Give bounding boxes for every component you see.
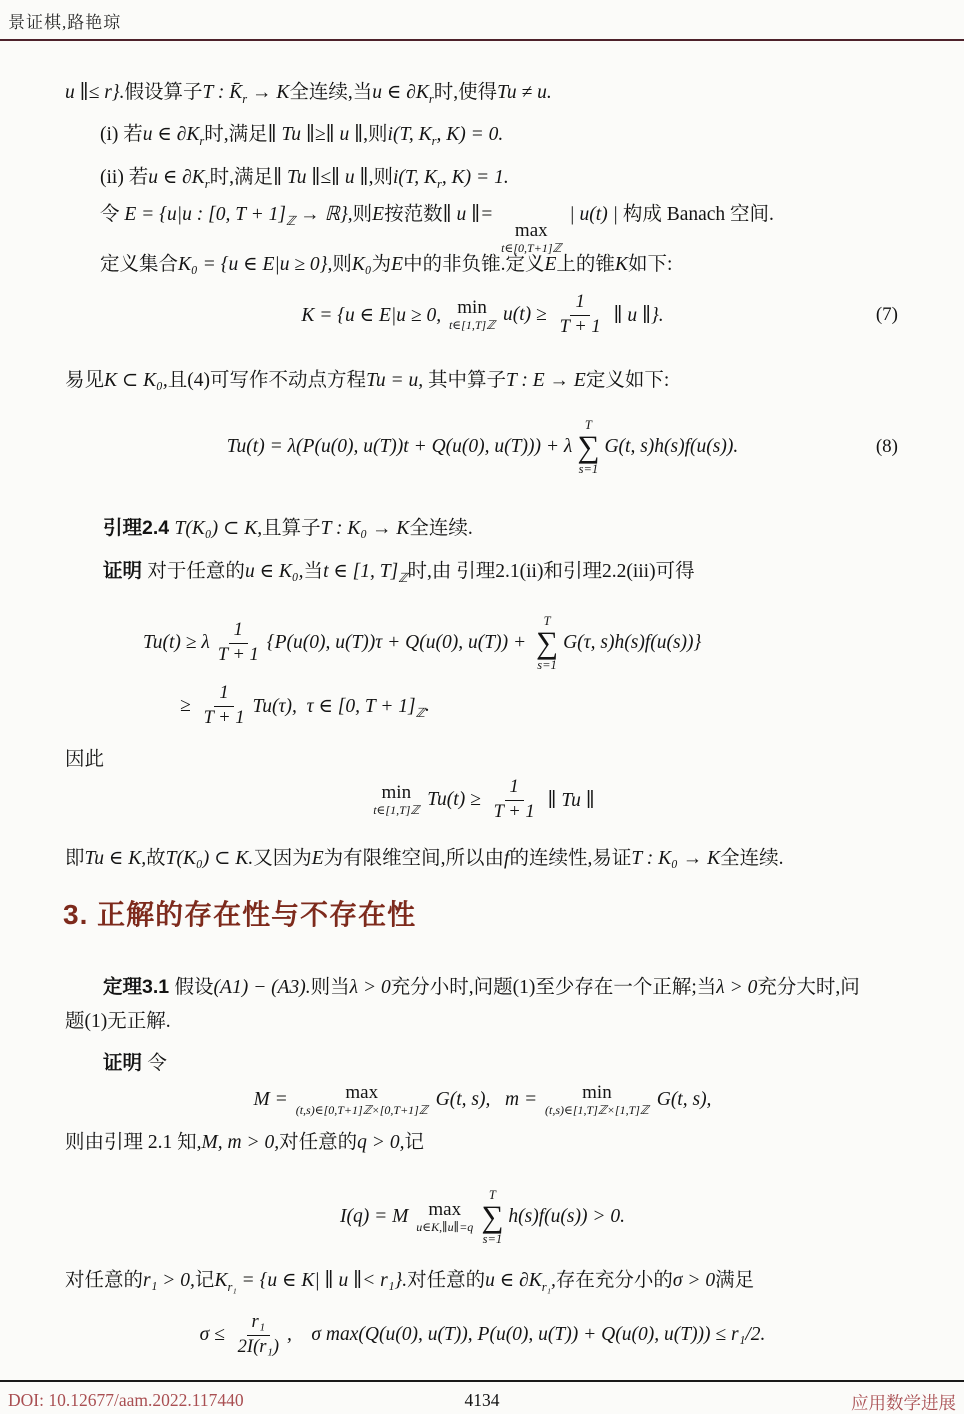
fraction-numerator: 1 bbox=[570, 292, 589, 315]
list-item-i: (i) 若u ∈ ∂Kr时,满足∥ Tu ∥≥∥ u ∥,则i(T, Kr, K… bbox=[100, 120, 503, 150]
text-segment: 则 bbox=[332, 254, 352, 275]
text-segment: E bbox=[372, 204, 384, 225]
fraction: 1T + 1 bbox=[213, 620, 264, 666]
text-segment: M, m > 0, bbox=[202, 1132, 280, 1153]
text-segment: 充分小时,问题(1)至少存在一个正解;当 bbox=[391, 977, 717, 998]
paragraph-line: 即Tu ∈ K,故T(K₀) ⊂ K.又因为E为有限维空间,所以由f的连续性,易… bbox=[65, 844, 784, 874]
text-segment: 对任意的 bbox=[279, 1132, 357, 1153]
text-segment: u ∥≤ r}. bbox=[65, 82, 124, 103]
text-segment: u ∈ ∂K bbox=[148, 167, 205, 188]
text-segment: 若 bbox=[129, 167, 149, 188]
text-segment: 又因为 bbox=[253, 848, 312, 869]
text-segment: σ > 0 bbox=[673, 1270, 715, 1291]
text-segment: ∥ u ∥}. bbox=[609, 303, 664, 327]
operator-name: min bbox=[582, 1083, 612, 1104]
text-segment: 对任意的 bbox=[407, 1270, 485, 1291]
fraction-numerator: 1 bbox=[229, 620, 248, 643]
text-segment: T : K̄ bbox=[203, 82, 243, 103]
text-segment: 的连续性,易证 bbox=[509, 848, 631, 869]
operator-with-limit: maxu∈K,∥u∥=q bbox=[416, 1200, 473, 1234]
text-segment: 构成 Banach 空间. bbox=[623, 204, 774, 225]
text-segment: ∥ u ∥= bbox=[443, 204, 499, 225]
text-segment: 且 bbox=[168, 370, 188, 391]
text-segment: u ∈ K₀, bbox=[245, 561, 304, 582]
fraction: 1T + 1 bbox=[555, 292, 606, 338]
fraction: 1T + 1 bbox=[489, 777, 540, 823]
operator-with-limit: mint∈[1,T]ℤ bbox=[449, 298, 495, 332]
summation-lower-limit: s=1 bbox=[537, 659, 557, 672]
operator-with-limit: max(t,s)∈[0,T+1]ℤ×[0,T+1]ℤ bbox=[296, 1083, 428, 1117]
fraction: 1T + 1 bbox=[199, 683, 250, 729]
text-segment: 时,由 引理2.1(ii)和引理2.2(iii)可得 bbox=[408, 561, 695, 582]
text-segment: (A1) − (A3). bbox=[214, 977, 311, 998]
footer-rule bbox=[0, 1380, 964, 1382]
header-rule bbox=[0, 39, 964, 41]
text-segment: 记 bbox=[404, 1132, 424, 1153]
text-segment: 时,满足 bbox=[204, 124, 267, 145]
text-segment: M = bbox=[254, 1089, 293, 1111]
text-segment: → ℝ}, bbox=[295, 204, 352, 225]
text-segment: = {u ∈ K| ∥ u ∥< r₁}. bbox=[237, 1270, 407, 1291]
paragraph-line: u ∥≤ r}.假设算子T : K̄r → K全连续,当u ∈ ∂Kr时,使得T… bbox=[65, 78, 552, 108]
paragraph-line: 对任意的r₁ > 0,记Kr₁ = {u ∈ K| ∥ u ∥< r₁}.对任意… bbox=[65, 1266, 754, 1296]
text-segment: 满足 bbox=[715, 1270, 754, 1291]
text-segment: 对任意的 bbox=[65, 1270, 143, 1291]
text-segment: 故 bbox=[146, 848, 166, 869]
page-footer: DOI: 10.12677/aam.2022.117440 4134 应用数学进… bbox=[0, 1390, 964, 1414]
text-segment: i(T, K bbox=[393, 167, 437, 188]
summation-lower-limit: s=1 bbox=[579, 463, 599, 476]
text-segment: 全连续. bbox=[720, 848, 783, 869]
operator-name: max bbox=[515, 221, 548, 242]
text-segment: 为 bbox=[372, 254, 392, 275]
summation: T∑s=1 bbox=[577, 419, 599, 475]
paragraph-line: 令 E = {u|u : [0, T + 1]ℤ → ℝ},则E按范数∥ u ∥… bbox=[100, 200, 774, 255]
paragraph-line: 定义集合K₀ = {u ∈ E|u ≥ 0},则K₀为E中的非负锥.定义E上的锥… bbox=[100, 250, 672, 280]
operator-name: max bbox=[345, 1083, 378, 1104]
text-segment: Tu = u, bbox=[366, 370, 423, 391]
text-segment: q > 0, bbox=[357, 1132, 404, 1153]
text-segment: I(q) = M bbox=[340, 1206, 413, 1228]
fraction-denominator: 2I(r₁) bbox=[233, 1336, 284, 1358]
paragraph-line: 易见K ⊂ K₀,且(4)可写作不动点方程Tu = u, 其中算子T : E →… bbox=[65, 366, 669, 396]
display-inequality-line-2: ≥ 1T + 1Tu(τ), τ ∈ [0, T + 1]ℤ. bbox=[180, 676, 430, 736]
text-segment: ∥ Tu ∥ bbox=[543, 788, 595, 812]
operator-name: min bbox=[382, 783, 412, 804]
text-segment: ∥ Tu ∥≥∥ u ∥ bbox=[268, 124, 364, 145]
text-segment: ∥ Tu ∥≤∥ u ∥ bbox=[273, 167, 369, 188]
text-segment: 其中算子 bbox=[423, 370, 506, 391]
text-segment: 上的锥 bbox=[556, 254, 615, 275]
text-segment: T(K₀) ⊂ K, bbox=[175, 518, 263, 539]
text-segment: K ⊂ K₀, bbox=[104, 370, 168, 391]
text-segment: (i) bbox=[100, 124, 123, 145]
operator-limit: (t,s)∈[1,T]ℤ×[1,T]ℤ bbox=[545, 1104, 649, 1117]
display-inequality-line-1: Tu(t) ≥ λ1T + 1{P(u(0), u(T))τ + Q(u(0),… bbox=[143, 600, 701, 686]
text-segment: h(s)f(u(s)) > 0. bbox=[508, 1206, 625, 1228]
theorem-3-1-line-2: 题(1)无正解. bbox=[65, 1007, 171, 1037]
text-segment: (ii) bbox=[100, 167, 129, 188]
text-segment: T(K₀) ⊂ K. bbox=[166, 848, 254, 869]
text-segment: 且算子 bbox=[262, 518, 321, 539]
text-segment: i(T, K bbox=[388, 124, 432, 145]
sigma-icon: ∑ bbox=[577, 432, 599, 461]
text-segment: , K) = 1. bbox=[442, 167, 509, 188]
text-segment: u ∈ ∂K bbox=[143, 124, 200, 145]
text-segment: E bbox=[391, 254, 403, 275]
text-segment: 可写作不动点方程 bbox=[210, 370, 366, 391]
operator-with-limit: mint∈[1,T]ℤ bbox=[373, 783, 419, 817]
text-segment: G(t, s), bbox=[652, 1089, 712, 1111]
text-segment: 则 bbox=[353, 204, 373, 225]
text-segment: 当 bbox=[304, 561, 324, 582]
text-segment: ,则 bbox=[363, 124, 387, 145]
text-segment: Tu(t) ≥ λ bbox=[143, 632, 210, 654]
display-equation-7: (7) K = {u ∈ E|u ≥ 0, mint∈[1,T]ℤ u(t) ≥… bbox=[65, 283, 900, 347]
text-segment: G(τ, s)h(s)f(u(s))} bbox=[563, 632, 701, 654]
fraction: r₁2I(r₁) bbox=[233, 1312, 284, 1358]
text-segment: 存在充分小的 bbox=[556, 1270, 673, 1291]
display-max-min-definition: M = max(t,s)∈[0,T+1]ℤ×[0,T+1]ℤ G(t, s), … bbox=[65, 1070, 900, 1130]
subscript: r₁ bbox=[227, 1280, 236, 1294]
proof-paragraph: 证明 对于任意的u ∈ K₀,当t ∈ [1, T]ℤ时,由 引理2.1(ii)… bbox=[103, 556, 695, 587]
sigma-icon: ∑ bbox=[536, 628, 558, 657]
lemma-2-4: 引理2.4 T(K₀) ⊂ K,且算子T : K₀ → K全连续. bbox=[103, 513, 473, 544]
display-iq-definition: I(q) = M maxu∈K,∥u∥=qT∑s=1h(s)f(u(s)) > … bbox=[65, 1175, 900, 1259]
text-segment: Tu ∈ K, bbox=[85, 848, 147, 869]
text-segment: 题(1)无正解. bbox=[65, 1011, 171, 1032]
text-segment: 则由引理 2.1 知, bbox=[65, 1132, 202, 1153]
text-segment: 证明 bbox=[103, 560, 147, 582]
text-segment: 即 bbox=[65, 848, 85, 869]
text-segment: 对于任意的 bbox=[147, 561, 245, 582]
text-segment: → K bbox=[247, 82, 289, 103]
text-segment: ≥ bbox=[180, 695, 196, 717]
text-segment: Tu(τ), τ ∈ [0, T + 1] bbox=[253, 694, 416, 718]
text-segment: Tu(t) ≥ bbox=[422, 789, 485, 811]
display-min-inequality: mint∈[1,T]ℤ Tu(t) ≥ 1T + 1 ∥ Tu ∥ bbox=[65, 763, 900, 837]
list-item-ii: (ii) 若u ∈ ∂Kr时,满足∥ Tu ∥≤∥ u ∥,则i(T, Kr, … bbox=[100, 163, 509, 193]
text-segment: 假设算子 bbox=[124, 82, 202, 103]
fraction-denominator: T + 1 bbox=[489, 801, 540, 823]
fraction-denominator: T + 1 bbox=[213, 644, 264, 666]
text-segment: 按范数 bbox=[384, 204, 443, 225]
text-segment: T : K₀ → K bbox=[631, 848, 720, 869]
text-segment: T : K₀ → K bbox=[321, 518, 410, 539]
operator-with-limit: min(t,s)∈[1,T]ℤ×[1,T]ℤ bbox=[545, 1083, 649, 1117]
text-segment: 时,满足 bbox=[210, 167, 273, 188]
equation-tag-8: (8) bbox=[876, 436, 898, 458]
text-segment: 时,使得 bbox=[434, 82, 497, 103]
text-segment: 定义如下: bbox=[586, 370, 669, 391]
text-segment: σ ≤ bbox=[200, 1324, 230, 1346]
subscript: r₁ bbox=[542, 1280, 551, 1294]
text-segment: 定理3.1 bbox=[103, 976, 175, 998]
text-segment: 则当 bbox=[311, 977, 350, 998]
text-segment: E bbox=[544, 254, 556, 275]
display-equation-8: (8) Tu(t) = λ(P(u(0), u(T))t + Q(u(0), u… bbox=[65, 402, 900, 492]
subscript: ℤ bbox=[286, 214, 295, 228]
text-segment: T : E → E bbox=[506, 370, 586, 391]
footer-page-number: 4134 bbox=[465, 1390, 500, 1411]
display-sigma-condition: σ ≤ r₁2I(r₁), σ max(Q(u(0), u(T)), P(u(0… bbox=[65, 1305, 900, 1365]
text-segment: 中的非负锥.定义 bbox=[403, 254, 544, 275]
paragraph-line: 则由引理 2.1 知,M, m > 0,对任意的q > 0,记 bbox=[65, 1128, 424, 1158]
text-segment: r₁ > 0, bbox=[143, 1270, 195, 1291]
text-segment: Tu ≠ u. bbox=[497, 82, 552, 103]
footer-journal-name: 应用数学进展 bbox=[851, 1390, 956, 1414]
paper-page: 景证棋,路艳琼 u ∥≤ r}.假设算子T : K̄r → K全连续,当u ∈ … bbox=[0, 0, 964, 1414]
text-segment: 若 bbox=[123, 124, 143, 145]
fraction-numerator: 1 bbox=[214, 683, 233, 706]
subscript: ℤ bbox=[398, 571, 407, 585]
text-segment: Tu(t) = λ(P(u(0), u(T))t + Q(u(0), u(T))… bbox=[227, 436, 573, 458]
text-segment: K bbox=[615, 254, 628, 275]
text-segment: u(t) ≥ bbox=[498, 304, 551, 326]
sigma-icon: ∑ bbox=[481, 1202, 503, 1231]
text-segment: {P(u(0), u(T))τ + Q(u(0), u(T)) + bbox=[267, 632, 531, 654]
fraction-denominator: T + 1 bbox=[199, 707, 250, 729]
operator-name: min bbox=[457, 298, 487, 319]
text-segment: 如下: bbox=[628, 254, 672, 275]
text-segment: , σ max(Q(u(0), u(T)), P(u(0), u(T)) + Q… bbox=[287, 1324, 765, 1346]
subscript: ℤ bbox=[416, 707, 425, 720]
text-segment: E = {u|u : [0, T + 1] bbox=[124, 204, 286, 225]
text-segment: λ > 0 bbox=[350, 977, 391, 998]
text-segment: 全连续. bbox=[409, 518, 472, 539]
summation: T∑s=1 bbox=[536, 615, 558, 671]
text-segment: K bbox=[214, 1270, 227, 1291]
text-segment: 令 bbox=[100, 204, 124, 225]
summation: T∑s=1 bbox=[481, 1189, 503, 1245]
text-segment: λ > 0 bbox=[716, 977, 757, 998]
text-segment: . bbox=[425, 695, 430, 717]
fraction-numerator: r₁ bbox=[247, 1312, 271, 1335]
text-segment: 充分大时,问 bbox=[757, 977, 859, 998]
text-segment: , K) = 0. bbox=[437, 124, 504, 145]
text-segment: K₀ = {u ∈ E|u ≥ 0}, bbox=[178, 254, 332, 275]
equation-tag-7: (7) bbox=[876, 304, 898, 326]
text-segment: 定义集合 bbox=[100, 254, 178, 275]
text-segment: 引理2.4 bbox=[103, 517, 175, 539]
text-segment: E bbox=[312, 848, 324, 869]
operator-limit: t∈[1,T]ℤ bbox=[449, 319, 495, 332]
text-segment: 易见 bbox=[65, 370, 104, 391]
text-segment: u ∈ ∂K bbox=[485, 1270, 542, 1291]
footer-doi: DOI: 10.12677/aam.2022.117440 bbox=[8, 1390, 244, 1411]
operator-limit: u∈K,∥u∥=q bbox=[416, 1221, 473, 1234]
text-segment: t ∈ [1, T] bbox=[323, 561, 398, 582]
operator-name: max bbox=[428, 1200, 461, 1221]
text-segment: K = {u ∈ E|u ≥ 0, bbox=[301, 303, 446, 327]
text-segment: | u(t) | bbox=[564, 204, 622, 225]
section-heading: 3. 正解的存在性与不存在性 bbox=[63, 893, 416, 933]
text-segment: K₀ bbox=[352, 254, 372, 275]
text-segment: u ∈ ∂K bbox=[372, 82, 429, 103]
running-head-authors: 景证棋,路艳琼 bbox=[8, 8, 121, 33]
text-segment: G(t, s)h(s)f(u(s)). bbox=[604, 436, 738, 458]
text-segment: 为有限维空间,所以由 bbox=[324, 848, 504, 869]
text-segment: (4) bbox=[187, 370, 210, 391]
text-segment: 全连续,当 bbox=[289, 82, 372, 103]
operator-limit: (t,s)∈[0,T+1]ℤ×[0,T+1]ℤ bbox=[296, 1104, 428, 1117]
operator-limit: t∈[1,T]ℤ bbox=[373, 804, 419, 817]
theorem-3-1-line-1: 定理3.1 假设(A1) − (A3).则当λ > 0充分小时,问题(1)至少存… bbox=[103, 972, 860, 1003]
text-segment: 假设 bbox=[175, 977, 214, 998]
fraction-numerator: 1 bbox=[505, 777, 524, 800]
fraction-denominator: T + 1 bbox=[555, 316, 606, 338]
text-segment: G(t, s), m = bbox=[431, 1089, 542, 1111]
text-segment: 记 bbox=[195, 1270, 215, 1291]
text-segment: ,则 bbox=[369, 167, 393, 188]
summation-lower-limit: s=1 bbox=[483, 1233, 503, 1246]
